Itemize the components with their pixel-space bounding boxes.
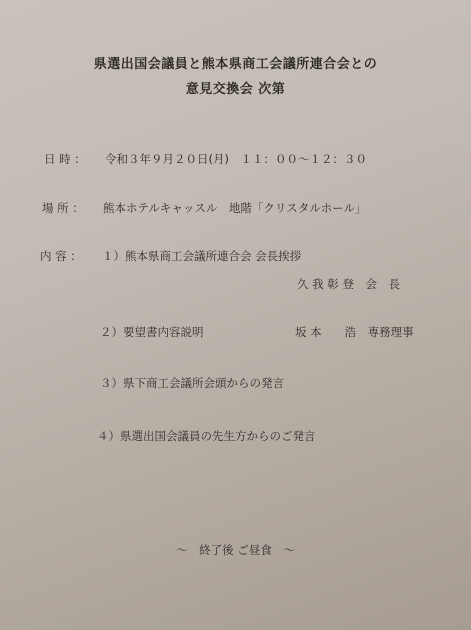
content-label: 内 容 ： (40, 248, 82, 264)
document-title-line2: 意見交換会 次第 (0, 78, 471, 97)
agenda-item-1-speaker: 久 我 彰 登 会 長 (297, 276, 400, 292)
agenda-item-1: １）熊本県商工会議所連合会 会長挨拶 (102, 248, 301, 264)
agenda-item-2: ２）要望書内容説明 (100, 324, 204, 340)
agenda-item-3: ３）県下商工会議所会頭からの発言 (100, 375, 284, 391)
datetime-value: 令和３年９月２０日(月) １１：００〜１２：３０ (105, 151, 367, 167)
agenda-item-2-speaker: 坂 本 浩 専務理事 (295, 324, 414, 340)
agenda-item-4: ４）県選出国会議員の先生方からのご発言 (97, 428, 316, 444)
place-value: 熊本ホテルキャッスル 地階「クリスタルホール」 (103, 200, 366, 216)
footer-lunch-note: 〜 終了後 ご昼食 〜 (0, 542, 471, 558)
agenda-document: 県選出国会議員と熊本県商工会議所連合会との 意見交換会 次第 日 時 ： 令和３… (0, 0, 471, 630)
datetime-label: 日 時 ： (44, 151, 86, 167)
place-label: 場 所 ： (42, 200, 84, 216)
document-title-line1: 県選出国会議員と熊本県商工会議所連合会との (0, 53, 471, 72)
